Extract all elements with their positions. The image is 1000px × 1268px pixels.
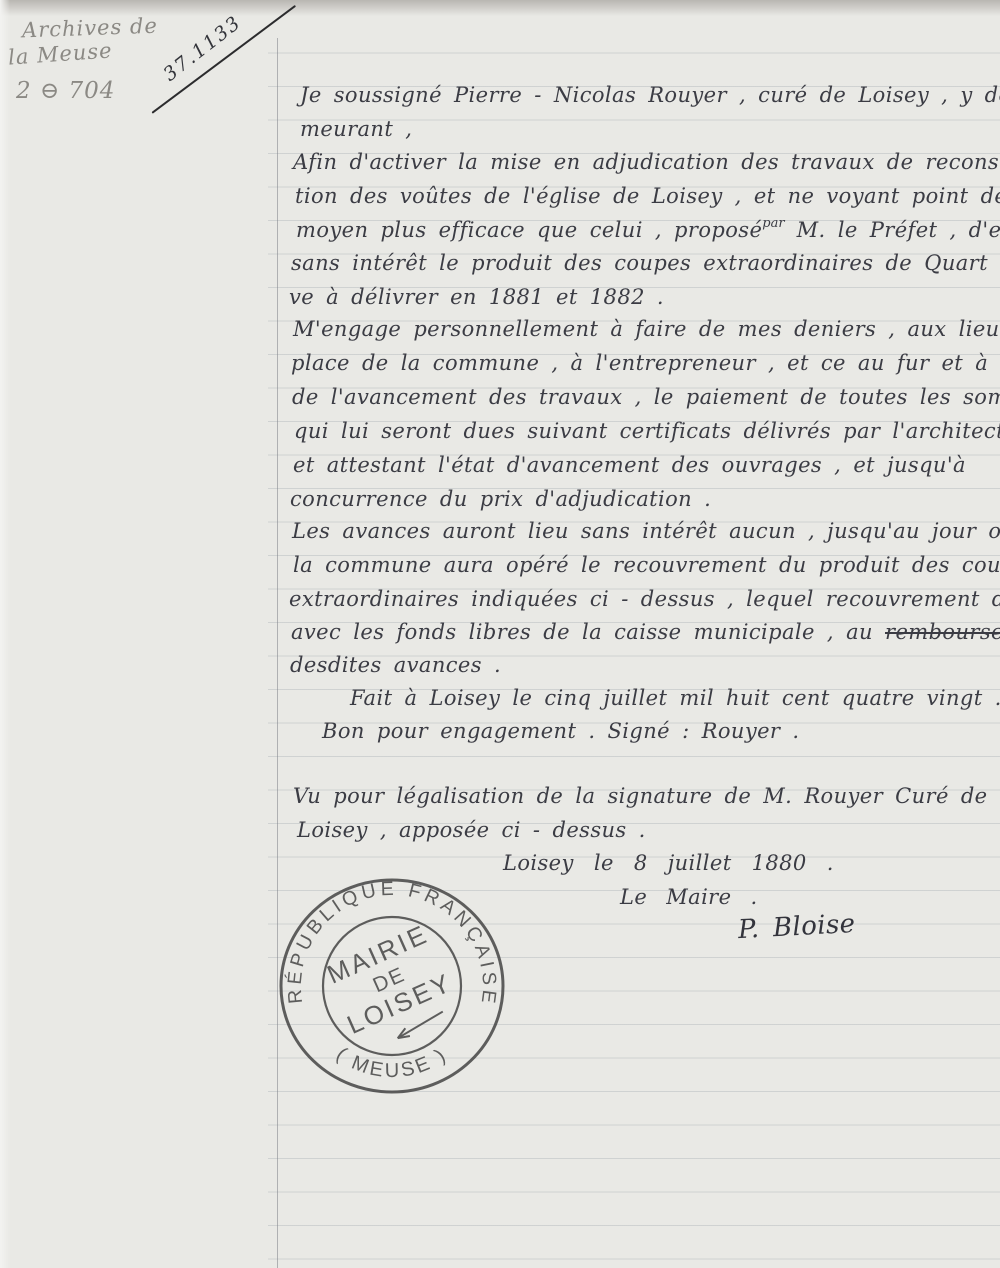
stamp-text-meuse: ( MEUSE )	[332, 1043, 452, 1082]
handwritten-line-le-maire: Le Maire .	[620, 885, 758, 909]
handwritten-line: et attestant l'état d'avancement des ouv…	[293, 453, 966, 477]
handwritten-line: Afin d'activer la mise en adjudication d…	[293, 150, 1000, 174]
handwritten-line: Les avances auront lieu sans intérêt auc…	[292, 519, 1000, 543]
pencil-archive-reference: 2 ⊖ 704	[16, 78, 115, 104]
handwritten-line: meurant ,	[300, 117, 412, 141]
handwritten-line: extraordinaires indiquées ci - dessus , …	[289, 587, 1000, 611]
handwritten-line: concurrence du prix d'adjudication .	[290, 487, 711, 511]
handwritten-line: avec les fonds libres de la caisse munic…	[291, 620, 1000, 644]
handwritten-line: qui lui seront dues suivant certificats …	[294, 419, 1000, 443]
line-text: avec les fonds libres de la caisse munic…	[291, 620, 885, 644]
scan-left-edge-highlight	[0, 0, 10, 1268]
handwritten-line-place-date: Loisey le 8 juillet 1880 .	[503, 851, 834, 875]
handwritten-line-dateline: Fait à Loisey le cinq juillet mil huit c…	[350, 686, 1000, 710]
mayor-signature: P. Bloise	[737, 909, 856, 945]
handwritten-line: place de la commune , à l'entrepreneur ,…	[291, 351, 1000, 375]
pencil-note-archives: Archives de	[22, 14, 159, 43]
handwritten-line: moyen plus efficace que celui , proposép…	[296, 218, 1000, 242]
handwritten-line: M'engage personnellement à faire de mes …	[293, 317, 1000, 341]
handwritten-line: de l'avancement des travaux , le paiemen…	[292, 385, 1000, 409]
handwritten-line: tion des voûtes de l'église de Loisey , …	[295, 184, 1000, 208]
handwritten-line: la commune aura opéré le recouvrement du…	[293, 553, 1000, 577]
handwritten-line: Je soussigné Pierre - Nicolas Rouyer , c…	[300, 83, 1000, 107]
handwritten-line-legalisation: Vu pour légalisation de la signature de …	[293, 784, 988, 808]
handwritten-line: ve à délivrer en 1881 et 1882 .	[289, 285, 664, 309]
struck-out-word: remboursement	[885, 620, 1000, 644]
inserted-word-par: par	[762, 216, 784, 231]
pencil-note-meuse: la Meuse	[7, 38, 113, 69]
line-text-after-insert: M. le Préfet , d'escompter ,	[797, 218, 1000, 242]
handwritten-line: Loisey , apposée ci - dessus .	[297, 818, 646, 842]
mairie-stamp: RÉPUBLIQUE FRANÇAISE ( MEUSE ) MAIRIE DE…	[272, 866, 512, 1106]
scanned-document-page: Archives de la Meuse 2 ⊖ 704 37.1133 Je …	[0, 0, 1000, 1268]
handwritten-line-bon-pour-engagement: Bon pour engagement . Signé : Rouyer .	[322, 719, 800, 743]
handwritten-line: desdites avances .	[290, 653, 501, 677]
line-text-before-insert: moyen plus efficace que celui , proposé	[296, 218, 762, 242]
handwritten-line: sans intérêt le produit des coupes extra…	[291, 251, 1000, 275]
